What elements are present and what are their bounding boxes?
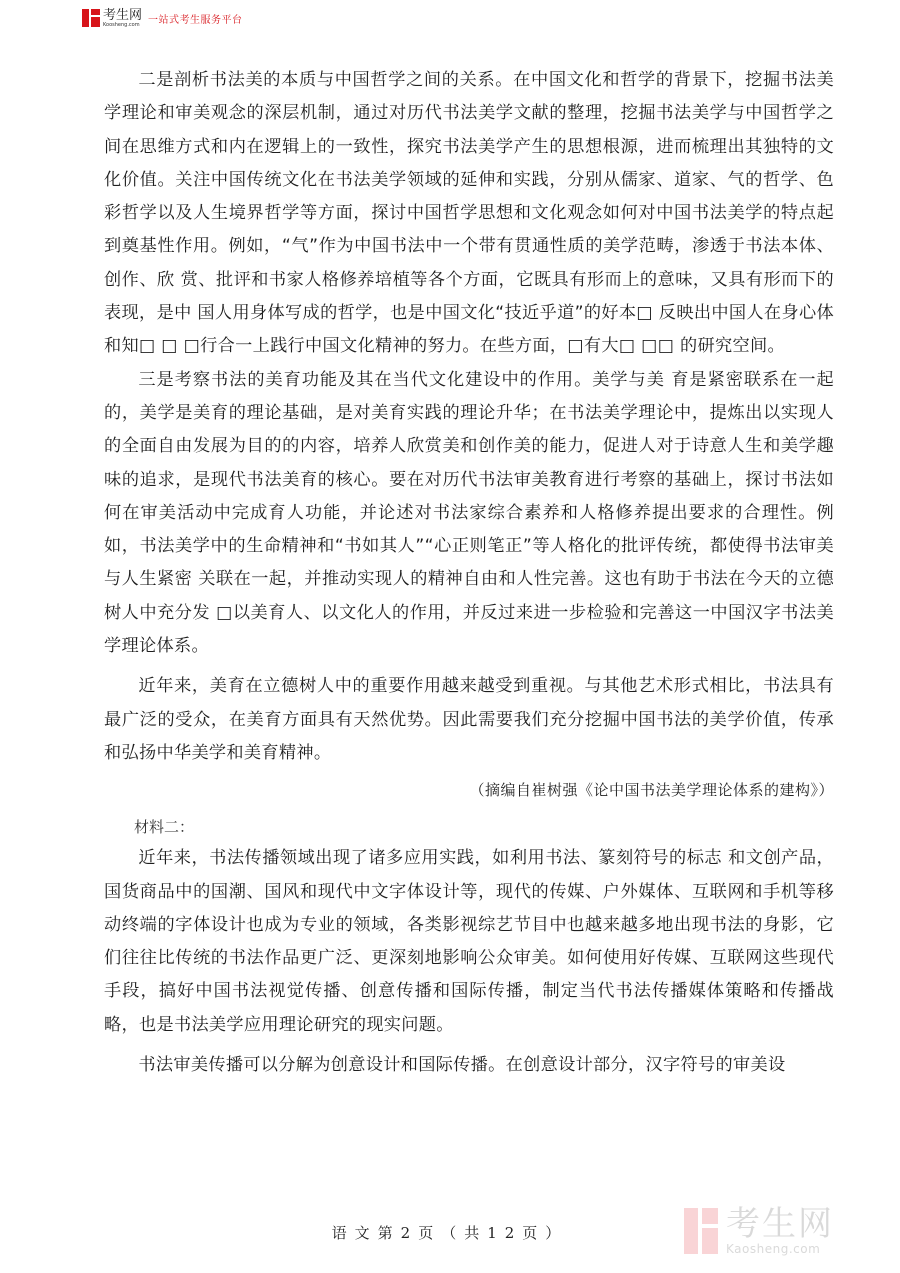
watermark-logo-icon	[684, 1208, 718, 1254]
source-citation: （摘编自崔树强《论中国书法美学理论体系的建构》）	[104, 774, 834, 806]
logo-icon	[82, 9, 100, 27]
material-2-paragraph-1: 近年来，书法传播领域出现了诸多应用实践，如利用书法、篆刻符号的标志 和文创产品，…	[104, 842, 834, 1042]
material-2-paragraph-2: 书法审美传播可以分解为创意设计和国际传播。在创意设计部分，汉字符号的审美设	[104, 1049, 834, 1082]
tagline: 一站式考生服务平台	[148, 11, 243, 26]
material-2-label: 材料二：	[104, 812, 834, 842]
logo-cn: 考生网	[103, 9, 142, 22]
paragraph-2: 二是剖析书法美的本质与中国哲学之间的关系。在中国文化和哲学的背景下，挖掘书法美学…	[104, 64, 834, 364]
document-body: 二是剖析书法美的本质与中国哲学之间的关系。在中国文化和哲学的背景下，挖掘书法美学…	[104, 64, 834, 1082]
watermark-en: Kaosheng.com	[726, 1243, 834, 1255]
watermark: 考生网 Kaosheng.com	[684, 1207, 834, 1255]
logo[interactable]: 考生网 Koosheng.com	[103, 9, 142, 28]
site-header: 考生网 Koosheng.com 一站式考生服务平台	[82, 6, 243, 30]
logo-en: Koosheng.com	[103, 23, 142, 28]
paragraph-3: 三是考察书法的美育功能及其在当代文化建设中的作用。美学与美 育是紧密联系在一起的…	[104, 364, 834, 664]
watermark-cn: 考生网	[726, 1207, 834, 1241]
paragraph-conclusion: 近年来，美育在立德树人中的重要作用越来越受到重视。与其他艺术形式相比，书法具有最…	[104, 670, 834, 770]
